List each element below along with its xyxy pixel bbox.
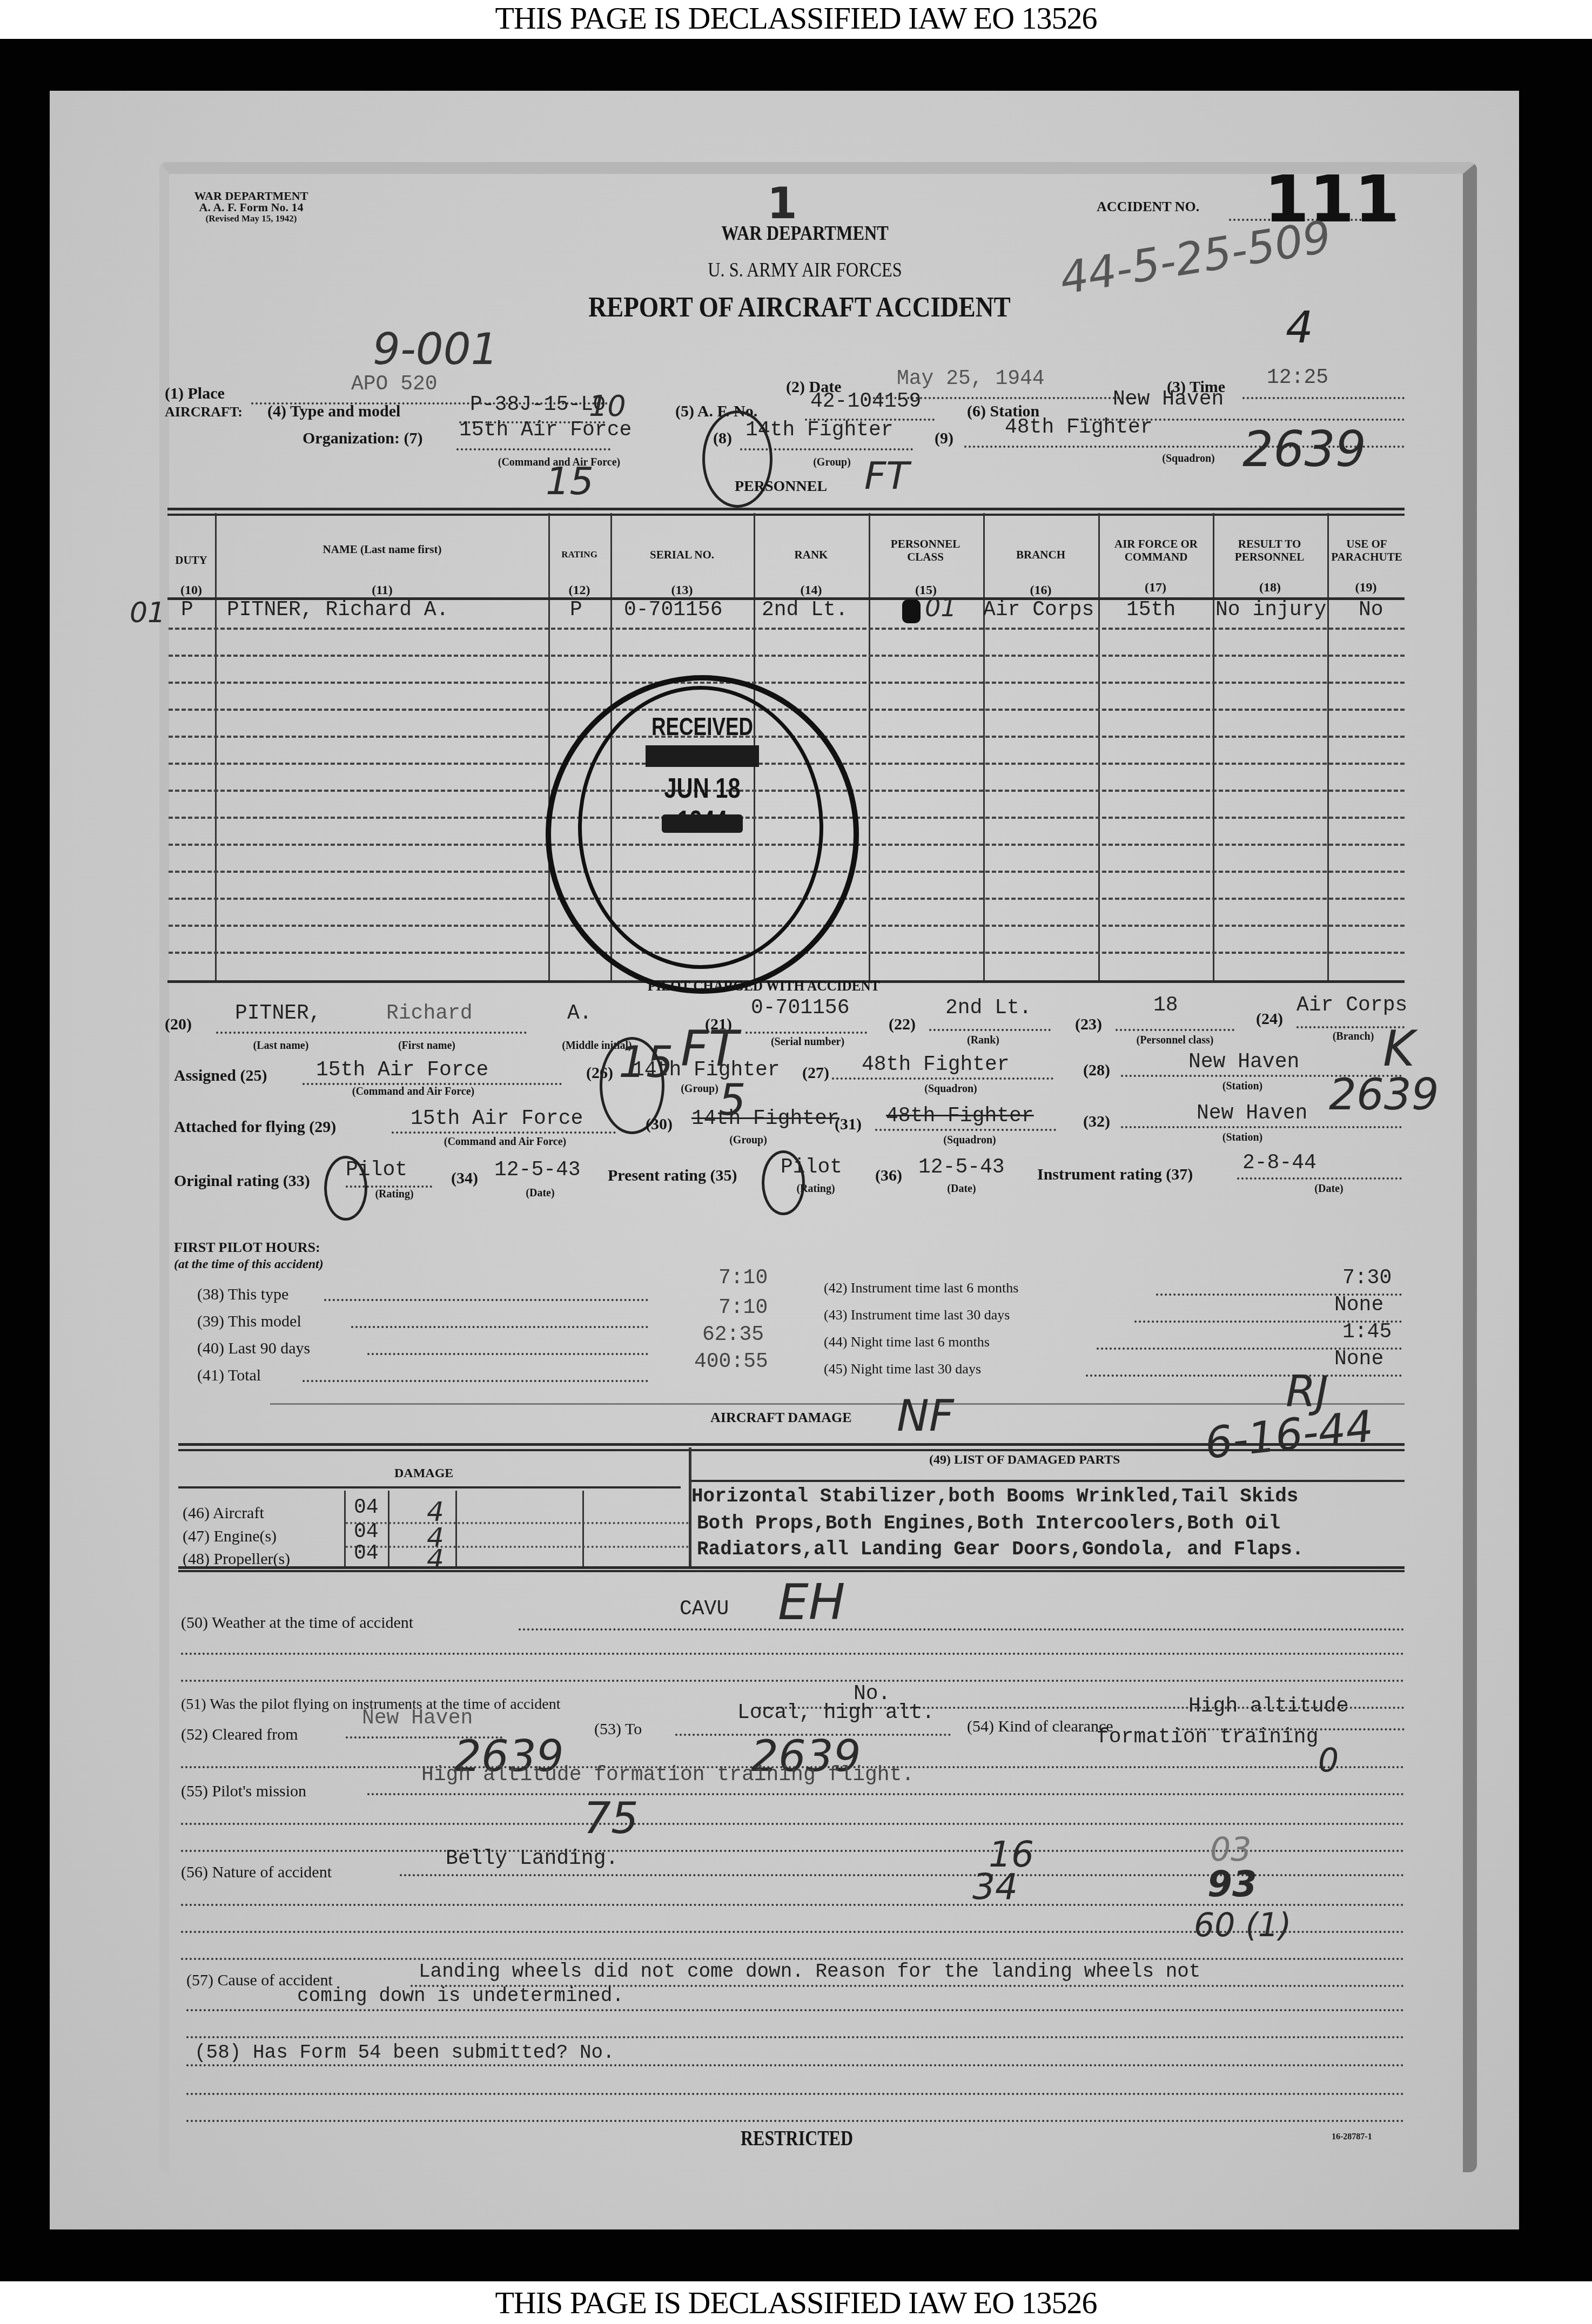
form-id-line2: A. A. F. Form No. 14	[162, 201, 340, 213]
field-num: (27)	[802, 1064, 829, 1082]
sublabel: (Date)	[519, 1187, 562, 1200]
col-header-rating: RATING	[548, 548, 610, 561]
class-line	[1116, 1029, 1234, 1031]
cell-branch: Air Corps	[983, 598, 1094, 622]
hours-label: (41) Total	[197, 1366, 261, 1385]
col-num: (16)	[983, 583, 1098, 598]
hours-label: (38) This type	[197, 1285, 288, 1304]
cleared-from-value: New Haven	[362, 1707, 473, 1730]
hand-15: 15	[546, 459, 594, 503]
damage-header-rule	[178, 1486, 681, 1488]
blank-line	[181, 1904, 1405, 1906]
col-num: (19)	[1327, 581, 1405, 595]
hours-value: 62:35	[702, 1323, 764, 1346]
pilot-rank: 2nd Lt.	[945, 996, 1032, 1020]
field-num: (34)	[451, 1169, 478, 1188]
sublabel: (Station)	[1210, 1080, 1275, 1093]
pilot-branch: Air Corps	[1297, 994, 1407, 1017]
rank-line	[929, 1029, 1051, 1031]
sublabel: (Rating)	[367, 1188, 421, 1201]
cause-value-2: coming down is undetermined.	[297, 1985, 624, 2007]
hours-value: None	[1334, 1294, 1383, 1317]
sublabel: (Date)	[940, 1183, 983, 1195]
pilot-personnel-class: 18	[1153, 994, 1178, 1017]
blank-line	[186, 2036, 1405, 2038]
date-value: May 25, 1944	[897, 367, 1045, 390]
table-row-line	[169, 655, 1405, 657]
damaged-parts-line: Both Props,Both Engines,Both Intercooler…	[697, 1512, 1280, 1534]
nature-value: Belly Landing.	[446, 1847, 618, 1870]
instr-line	[1237, 1177, 1402, 1180]
col-header-branch: BRANCH	[983, 548, 1098, 561]
hours-value: 7:10	[718, 1296, 768, 1319]
damage-col-divider	[344, 1491, 346, 1566]
hours-value: None	[1334, 1348, 1383, 1371]
dept-heading: WAR DEPARTMENT	[672, 221, 938, 245]
to-label: (53) To	[594, 1720, 642, 1739]
to-value: Local, high alt.	[737, 1701, 935, 1725]
col-header-duty: DUTY	[167, 554, 215, 567]
mission-value: High altitude formation training flight.	[421, 1763, 914, 1787]
damage-col-divider	[455, 1491, 457, 1566]
cause-value-1: Landing wheels did not come down. Reason…	[419, 1961, 1200, 1983]
handwritten-place-code: 9-001	[373, 324, 498, 374]
sublabel: (Squadron)	[913, 1083, 989, 1095]
damage-bottom-rule	[178, 1566, 1405, 1572]
instrument-rating-label: Instrument rating (37)	[1037, 1166, 1193, 1184]
attached-command: 15th Air Force	[411, 1107, 583, 1130]
hand-circle-rating	[324, 1156, 367, 1221]
hours-value: 1:45	[1342, 1321, 1392, 1344]
damage-col-divider	[388, 1491, 389, 1566]
print-code: 16-28787-1	[1332, 2132, 1372, 2142]
weather-value: CAVU	[680, 1598, 729, 1621]
sublabel: (Command and Air Force)	[324, 1086, 502, 1098]
assigned-squadron: 48th Fighter	[862, 1053, 1010, 1076]
pilot-first-name: Richard	[386, 1002, 473, 1025]
hours-label: (45) Night time last 30 days	[824, 1361, 981, 1377]
form54-line	[186, 2064, 1405, 2066]
attached-label: Attached for flying (29)	[174, 1118, 336, 1136]
cell-serial: 0-701156	[624, 598, 722, 622]
col-num: (10)	[167, 583, 215, 598]
field-num: (28)	[1083, 1061, 1110, 1080]
blank-line	[186, 2093, 1405, 2095]
hours-label: (42) Instrument time last 6 months	[824, 1280, 1018, 1296]
col-num: (17)	[1098, 581, 1213, 595]
hours-line	[324, 1299, 648, 1301]
sublabel: (Serial number)	[745, 1036, 870, 1048]
attached-group: 14th Fighter	[691, 1107, 839, 1130]
weather-line	[519, 1628, 1405, 1631]
group-sublabel: (Group)	[800, 456, 864, 469]
place-value: APO 520	[351, 373, 438, 396]
squadron-sublabel: (Squadron)	[1151, 453, 1226, 465]
field-num: (36)	[875, 1167, 902, 1185]
hours-label: (43) Instrument time last 30 days	[824, 1307, 1010, 1323]
field-num: (23)	[1075, 1015, 1102, 1034]
cell-result: No injury	[1215, 598, 1326, 622]
col-header-parachute: USE OF PARACHUTE	[1329, 537, 1405, 563]
pilot-heading: PILOT CHARGED WITH ACCIDENT	[648, 978, 880, 995]
blank-line	[181, 1931, 1405, 1933]
sublabel: (Last name)	[238, 1040, 324, 1052]
declassified-banner-bottom: THIS PAGE IS DECLASSIFIED IAW EO 13526	[0, 2285, 1592, 2321]
cell-name: PITNER, Richard A.	[227, 598, 448, 622]
cell-class: 01	[925, 593, 957, 622]
table-row-line	[169, 628, 1405, 630]
damage-row-value: 04	[354, 1520, 379, 1544]
original-rating-label: Original rating (33)	[174, 1172, 310, 1190]
damage-col-divider	[582, 1491, 584, 1566]
assigned-sq-line	[832, 1077, 1053, 1080]
mission-line	[367, 1793, 1405, 1795]
form-id-line1: WAR DEPARTMENT	[162, 190, 340, 201]
cell-rank: 2nd Lt.	[762, 598, 848, 622]
cell-duty: P	[181, 598, 193, 622]
col-num: (12)	[548, 583, 610, 598]
redaction-mark	[902, 599, 921, 623]
accident-no-label: ACCIDENT NO.	[1097, 199, 1199, 215]
field-num: (20)	[165, 1015, 192, 1034]
cleared-from-label: (52) Cleared from	[181, 1726, 298, 1744]
hours-subheading: (at the time of this accident)	[174, 1257, 324, 1272]
hand-2639: 2639	[1242, 421, 1366, 478]
personnel-heading: PERSONNEL	[735, 478, 827, 495]
col-num: (14)	[754, 583, 869, 598]
stamp-office-line	[662, 814, 743, 833]
field-num: (32)	[1083, 1113, 1110, 1131]
time-line	[1242, 397, 1405, 399]
time-value: 12:25	[1267, 366, 1328, 389]
stamp-received: RECEIVED	[650, 712, 754, 741]
attached-squadron: 48th Fighter	[886, 1104, 1034, 1128]
damaged-parts-heading: (49) LIST OF DAMAGED PARTS	[929, 1453, 1120, 1467]
hours-divider	[270, 1403, 1405, 1405]
serial-line	[745, 1032, 867, 1034]
hours-label: (40) Last 90 days	[197, 1339, 310, 1358]
form-identifier: WAR DEPARTMENT A. A. F. Form No. 14 (Rev…	[162, 190, 340, 224]
table-top-rule	[167, 508, 1405, 516]
assigned-label: Assigned (25)	[174, 1067, 267, 1085]
hand-0: 0	[1318, 1742, 1339, 1780]
squadron-value: 48th Fighter	[1005, 416, 1153, 439]
cell-parachute: No	[1359, 598, 1383, 622]
handwritten-4: 4	[1286, 302, 1313, 353]
pilot-middle-initial: A.	[567, 1002, 592, 1025]
aircraft-damage-heading: AIRCRAFT DAMAGE	[710, 1410, 852, 1426]
cause-line	[186, 2009, 1405, 2011]
stamp-redacted-line	[646, 745, 759, 767]
sublabel: (Squadron)	[932, 1134, 1007, 1147]
mission-label: (55) Pilot's mission	[181, 1782, 306, 1801]
parts-header-rule	[691, 1480, 1405, 1482]
hand-ft: FT	[681, 1021, 738, 1077]
squadron-label: (9)	[935, 429, 953, 448]
page-title: REPORT OF AIRCRAFT ACCIDENT	[542, 292, 1057, 324]
instrument-rating-date: 2-8-44	[1242, 1151, 1316, 1175]
col-header-name: NAME (Last name first)	[216, 543, 548, 556]
hours-line	[367, 1353, 648, 1355]
hand-initials: RJ	[1286, 1366, 1328, 1417]
nature-label: (56) Nature of accident	[181, 1863, 332, 1882]
declassified-banner-top: THIS PAGE IS DECLASSIFIED IAW EO 13526	[0, 0, 1592, 37]
present-rating-date: 12-5-43	[918, 1156, 1005, 1179]
field-num: (30)	[646, 1115, 673, 1134]
hours-line	[1086, 1375, 1402, 1377]
hours-value: 7:10	[718, 1267, 768, 1290]
hours-line	[351, 1326, 648, 1328]
sublabel: (Command and Air Force)	[416, 1136, 594, 1148]
form-id-line3: (Revised May 15, 1942)	[162, 213, 340, 224]
restricted-label: RESTRICTED	[741, 2125, 853, 2151]
hand-93: 93	[1207, 1863, 1257, 1905]
hand-ft: FT	[864, 454, 909, 498]
assigned-cmd-line	[303, 1083, 562, 1085]
col-num: (11)	[216, 583, 548, 598]
attached-cmd-line	[392, 1131, 616, 1134]
damage-top-rule	[178, 1443, 1405, 1451]
field-num: (24)	[1256, 1010, 1283, 1028]
type-value: P-38J-15-LO	[470, 393, 606, 416]
hand-row-mark: 01	[130, 597, 165, 629]
hours-heading: FIRST PILOT HOURS:	[174, 1240, 320, 1256]
attached-station-line	[1121, 1126, 1402, 1128]
clearance-value-1: High altitude	[1188, 1695, 1348, 1718]
sublabel: (Branch)	[1318, 1030, 1388, 1043]
damage-col-heading: DAMAGE	[394, 1466, 453, 1481]
damage-row-label: (47) Engine(s)	[183, 1527, 277, 1546]
blank-line	[181, 1823, 1405, 1825]
command-value: 15th Air Force	[459, 419, 632, 442]
hand-circle-rating	[762, 1150, 805, 1215]
type-label: (4) Type and model	[267, 402, 400, 421]
hand-nf: NF	[897, 1391, 954, 1441]
cell-rating: P	[570, 598, 582, 622]
field-num: (31)	[835, 1115, 862, 1134]
sublabel: (Station)	[1210, 1131, 1275, 1144]
damage-row-label: (46) Aircraft	[183, 1504, 264, 1523]
hours-label: (44) Night time last 6 months	[824, 1334, 990, 1350]
pilot-last-name: PITNER,	[235, 1002, 321, 1025]
sublabel: (First name)	[389, 1040, 465, 1052]
damaged-parts-line: Horizontal Stabilizer,both Booms Wrinkle…	[691, 1485, 1298, 1507]
damage-row-label: (48) Propeller(s)	[183, 1550, 290, 1568]
pilot-name-line	[216, 1032, 527, 1034]
type-hand-annotation: 10	[589, 389, 626, 423]
sublabel: (Personnel class)	[1113, 1034, 1237, 1047]
damage-row-value: 04	[354, 1496, 379, 1519]
hand-eh: EH	[778, 1574, 845, 1631]
af-no-value: 42-104159	[810, 390, 921, 413]
present-rating-label: Present rating (35)	[608, 1167, 737, 1185]
blank-line	[181, 1680, 1405, 1682]
pilot-serial: 0-701156	[751, 996, 849, 1020]
hand-5: 5	[718, 1075, 746, 1125]
col-header-result: RESULT TO PERSONNEL	[1215, 537, 1324, 563]
col-header-rank: RANK	[754, 548, 869, 561]
damage-row-value: 04	[354, 1542, 379, 1565]
damage-row-line	[346, 1522, 689, 1524]
col-header-serial: SERIAL NO.	[610, 548, 754, 561]
hand-34: 34	[972, 1866, 1018, 1908]
service-heading: U. S. ARMY AIR FORCES	[649, 258, 961, 282]
sublabel: (Date)	[1307, 1183, 1351, 1195]
col-header-command: AIR FORCE OR COMMAND	[1102, 537, 1210, 563]
hours-value: 400:55	[694, 1350, 768, 1373]
place-label: (1) Place	[165, 385, 225, 403]
clearance-value-2: formation training	[1097, 1726, 1318, 1749]
col-header-class: PERSONNEL CLASS	[874, 537, 977, 563]
col-num: (18)	[1213, 581, 1327, 595]
hours-line	[303, 1380, 648, 1382]
damage-row-line	[346, 1546, 689, 1548]
station-value: New Haven	[1113, 388, 1224, 411]
blank-line	[181, 1653, 1405, 1655]
original-rating-date: 12-5-43	[494, 1158, 581, 1182]
attached-sq-line	[875, 1129, 1056, 1131]
clearance-label: (54) Kind of clearance	[967, 1717, 1113, 1736]
sublabel: (Group)	[718, 1134, 778, 1147]
col-num: (13)	[610, 583, 754, 598]
blank-line	[186, 2120, 1405, 2122]
form54-question: (58) Has Form 54 been submitted? No.	[194, 2042, 615, 2064]
hand-2639: 2639	[1329, 1069, 1439, 1120]
command-line	[456, 448, 610, 450]
field-num: (22)	[889, 1015, 916, 1034]
hours-label: (39) This model	[197, 1312, 301, 1331]
blank-line	[181, 1958, 1405, 1960]
hours-value: 7:30	[1342, 1267, 1392, 1290]
hand-75: 75	[583, 1793, 639, 1843]
hand-60: 60 (1)	[1194, 1907, 1291, 1944]
attached-station: New Haven	[1197, 1102, 1307, 1125]
assigned-command: 15th Air Force	[316, 1059, 488, 1082]
assigned-station: New Haven	[1188, 1050, 1299, 1074]
cell-command: 15th	[1126, 598, 1175, 622]
organization-label: Organization: (7)	[303, 429, 422, 448]
table-row-line	[169, 682, 1405, 684]
aircraft-section-label: AIRCRAFT:	[165, 404, 243, 420]
damaged-parts-line: Radiators,all Landing Gear Doors,Gondola…	[697, 1538, 1304, 1560]
sublabel: (Rank)	[951, 1034, 1016, 1047]
weather-label: (50) Weather at the time of accident	[181, 1614, 413, 1632]
